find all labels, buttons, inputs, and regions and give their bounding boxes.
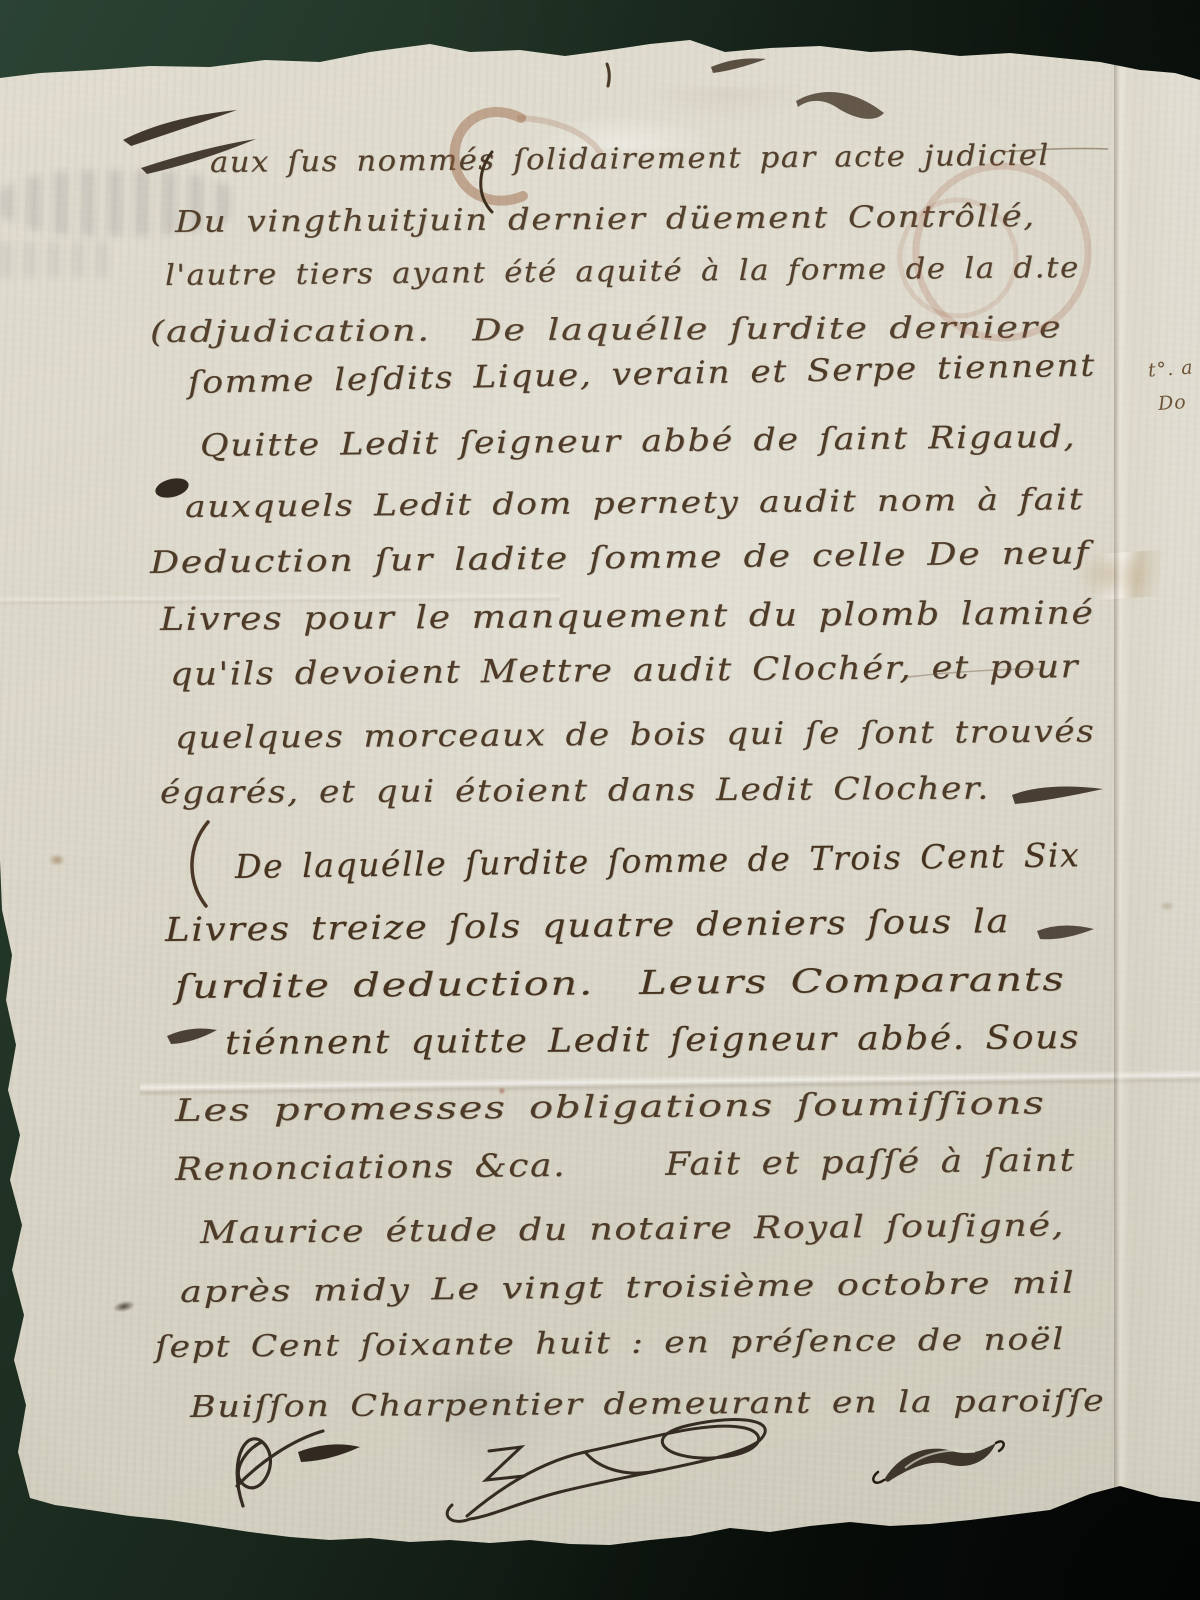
manuscript-line: l'autre tiers ayant été aquité à la form… xyxy=(165,249,1080,293)
manuscript-line: Livres pour le manquement du plomb lamin… xyxy=(160,592,1095,639)
margin-note: t°. a xyxy=(1147,356,1194,381)
manuscript-line: après midy Le vingt troisième octobre mi… xyxy=(180,1265,1076,1312)
manuscript-photograph: aux ſus nommés ſolidairement par acte ju… xyxy=(0,0,1200,1600)
manuscript-line: Les promesses obligations ſoumiſſions xyxy=(175,1084,1046,1130)
manuscript-line: tiénnent quitte Ledit ſeigneur abbé. Sou… xyxy=(225,1016,1080,1063)
manuscript-line: auxquels Ledit dom pernety audit nom à f… xyxy=(185,481,1085,526)
manuscript-line: Renonciations &ca. Fait et paſſé à ſaint xyxy=(175,1140,1076,1189)
manuscript-line: qu'ils devoient Mettre audit Clochér, et… xyxy=(170,646,1079,694)
manuscript-page: aux ſus nommés ſolidairement par acte ju… xyxy=(0,0,1200,1600)
manuscript-line: Du vingthuitjuin dernier düement Contrôl… xyxy=(175,198,1036,242)
manuscript-line: Quitte Ledit ſeigneur abbé de ſaint Riga… xyxy=(200,418,1077,466)
manuscript-line: ſomme leſdits Lique, verain et Serpe tie… xyxy=(188,347,1096,403)
manuscript-line: De laquélle ſurdite ſomme de Trois Cent … xyxy=(235,834,1081,887)
manuscript-line: ſurdite deduction. Leurs Comparants xyxy=(175,958,1066,1007)
manuscript-line: égarés, et qui étoient dans Ledit Cloche… xyxy=(160,770,990,813)
manuscript-line: Buiſſon Charpentier demeurant en la paro… xyxy=(190,1383,1106,1427)
manuscript-line: ſept Cent ſoixante huit : en préſence de… xyxy=(155,1321,1065,1366)
manuscript-text: aux ſus nommés ſolidairement par acte ju… xyxy=(0,0,1200,1600)
manuscript-line: Deduction ſur ladite ſomme de celle De n… xyxy=(150,534,1091,583)
manuscript-line: quelques morceaux de bois qui ſe ſont tr… xyxy=(175,713,1096,758)
manuscript-line: aux ſus nommés ſolidairement par acte ju… xyxy=(210,137,1050,181)
manuscript-line: (adjudication. De laquélle ſurdite derni… xyxy=(150,309,1063,351)
manuscript-line: Maurice étude du notaire Royal ſouſigné, xyxy=(200,1206,1065,1252)
manuscript-line: Livres treize ſols quatre deniers ſous l… xyxy=(165,900,1010,950)
margin-note: Do xyxy=(1157,391,1187,415)
